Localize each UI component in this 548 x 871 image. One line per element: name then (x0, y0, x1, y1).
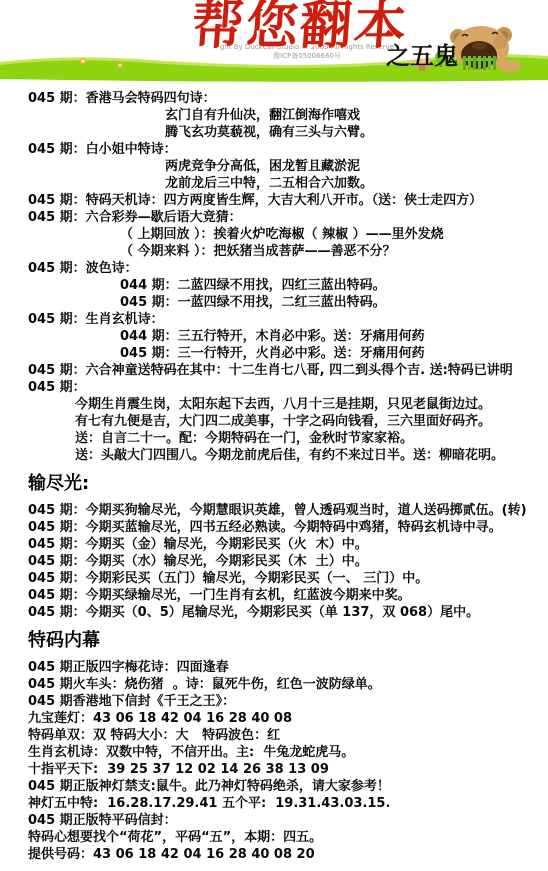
text-line: 045 期：六合彩券—歇后语大竞猜： (0, 209, 548, 226)
text-line: 045 期：今期买蓝输尽光，四书五经必熟读。今期特码中鸡猪，特码玄机诗中寻。 (0, 519, 548, 536)
text-line: 两虎竞争分高低，困龙暂且藏淤泥 (0, 158, 548, 175)
text-line: 045 期火车头：烧伤猪 。诗：鼠死牛伤，红色一波防绿单。 (0, 676, 548, 693)
text-line: 045 期：今期买（水）输尽光，今期彩民买（木 土）中。 (0, 553, 548, 570)
text-line: 有七有九便是吉，大门四二成美事，十字之码向钱看，三六里面好码齐。 (0, 413, 548, 430)
text-line: 特码单双：双 特码大小：大 特码波色：红 (0, 727, 548, 744)
flower-icon (117, 62, 122, 67)
text-line: 045 期：波色诗： (0, 260, 548, 277)
text-line: 045 期：香港马会特码四句诗： (0, 90, 548, 107)
text-line: 腾飞玄功莫藐视，确有三头与六臂。 (0, 124, 548, 141)
text-line: 送：自言二十一。配：今期特码在一门，金秋时节家家裕。 (0, 430, 548, 447)
text-line: （ 上期回放 ）：挨着火炉吃海椒（ 辣椒 ）——里外发烧 (0, 226, 548, 243)
text-line: 045 期：六合神童送特码在其中：十二生肖七八哥, 四二到头得个吉. 送:特码已… (0, 362, 548, 379)
text-line: 龙前龙后三中特，二五相合六加数。 (0, 175, 548, 192)
text-line: 045 期香港地下信封《千王之王》： (0, 693, 548, 710)
masthead: ght By DuckCar Studio © 2009 All Rights … (0, 0, 548, 86)
text-line: 神灯五中特: 16.28.17.29.41 五个平: 19.31.43.03.1… (0, 795, 548, 812)
page-title: 帮您翻本 (190, 0, 410, 56)
text-line: 045 期正版神灯禁支:鼠牛。此乃神灯特码绝杀，请大家参考！ (0, 778, 548, 795)
text-line: 045 期：今期买绿输尽光，一门生肖有玄机，红蓝波今期来中奖。 (0, 587, 548, 604)
text-line: 044 期：三五行特开，木肖必中彩。送：牙痛用何药 (0, 328, 548, 345)
section-header: 输尽光: (0, 473, 548, 495)
text-line: 今期生肖震生岗，太阳东起下去西，八月十三是挂期，只见老鼠街边过。 (0, 396, 548, 413)
text-line: 045 期正版特平码信封： (0, 812, 548, 829)
text-line: 045 期：今期买（金）输尽光，今期彩民买（火 木）中。 (0, 536, 548, 553)
text-line: 045 期正版四字梅花诗：四面逢春 (0, 659, 548, 676)
text-line: 九宝莲灯：43 06 18 42 04 16 28 40 08 (0, 710, 548, 727)
text-line: 045 期：生肖玄机诗： (0, 311, 548, 328)
text-line: 045 期： (0, 379, 548, 396)
text-line: 045 期：今期买（0、5）尾输尽光，今期彩民买（单 137，双 068）尾中。 (0, 604, 548, 621)
text-line: 生肖玄机诗：双数中特，不信开出。主: 牛兔龙蛇虎马。 (0, 744, 548, 761)
tips-content: 045 期：香港马会特码四句诗：玄门自有升仙决，翻江倒海作嘻戏腾飞玄功莫藐视，确… (0, 86, 548, 863)
text-line: 044 期：二蓝四绿不用找，四红三蓝出特码。 (0, 277, 548, 294)
text-line: 送：头敲大门四围八。今期龙前虎后佳，有约不来过日半。送：柳暗花明。 (0, 447, 548, 464)
text-line: 玄门自有升仙决，翻江倒海作嘻戏 (0, 107, 548, 124)
text-line: 045 期：今期彩民买（五门）输尽光，今期彩民买（一、 三门）中。 (0, 570, 548, 587)
text-line: （ 今期来料 ）：把妖猪当成菩萨——善恶不分？ (0, 243, 548, 260)
text-line: 十指平天下: 39 25 37 12 02 14 26 38 13 09 (0, 761, 548, 778)
text-line: 特码心想要找个“荷花”，平码“五”，本期：四五。 (0, 829, 548, 846)
text-line: 045 期：特码天机诗：四方两度皆生辉，大吉大利八开市。（送：侠士走四方） (0, 192, 548, 209)
flower-icon (80, 58, 86, 64)
text-line: 045 期：白小姐中特诗： (0, 141, 548, 158)
section-header: 特码内幕 (0, 630, 548, 652)
text-line: 045 期：今期买狗输尽光，今期慧眼识英雄，曾人透码观当时，道人送码掷贰伍。(转… (0, 502, 548, 519)
text-line: 045 期：一蓝四绿不用找，二红三蓝出特码。 (0, 294, 548, 311)
text-line: 045 期：三一行特开，火肖必中彩。送：牙痛用何药 (0, 345, 548, 362)
page-title-suffix: 之五鬼 (386, 36, 458, 71)
text-line: 提供号码：43 06 18 42 04 16 28 40 08 20 (0, 846, 548, 863)
